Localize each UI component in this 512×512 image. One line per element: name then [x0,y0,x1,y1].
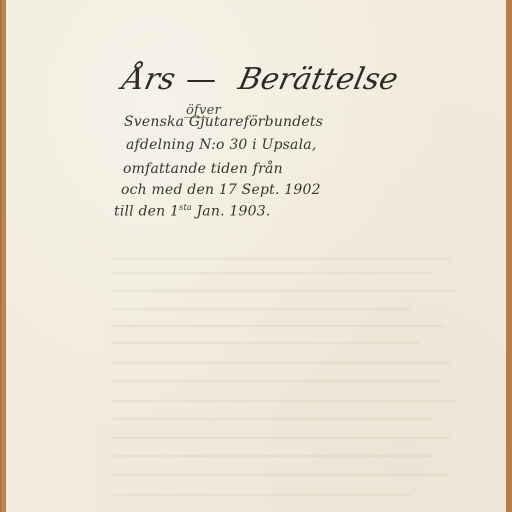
title-word-ars: Års [119,62,178,97]
bleed-through-line [111,494,411,496]
title-word-berattelse: Berättelse [235,62,401,97]
bleed-through-line [111,342,421,344]
bleed-through-line [111,474,446,476]
bleed-through-line [111,455,436,457]
bleed-through-line [111,362,451,364]
bleed-through-line [111,380,441,382]
bleed-through-line [111,290,456,292]
line-department: afdelning N:o 30 i Upsala, [126,137,316,153]
line-period-intro: omfattande tiden från [123,161,283,177]
line-organization: Svenska Gjutareförbundets [124,114,323,130]
bleed-through-line [111,258,451,260]
title-dash: — [186,62,216,97]
bleed-through-line [111,418,431,420]
end-date-suffix: Jan. 1903. [192,204,271,220]
end-date-superscript: sta [179,203,192,212]
bleed-through-line [111,308,411,310]
bleed-through-line [111,437,451,439]
document-page: Års — Berättelse öfver Svenska Gjutarefö… [6,0,506,512]
bleed-through-line [111,400,456,402]
bleed-through-line [111,272,431,274]
line-end-date: till den 1sta Jan. 1903. [114,203,270,220]
bleed-through-line [111,325,446,327]
line-start-date: och med den 17 Sept. 1902 [121,182,321,198]
end-date-prefix: till den 1 [114,204,179,220]
